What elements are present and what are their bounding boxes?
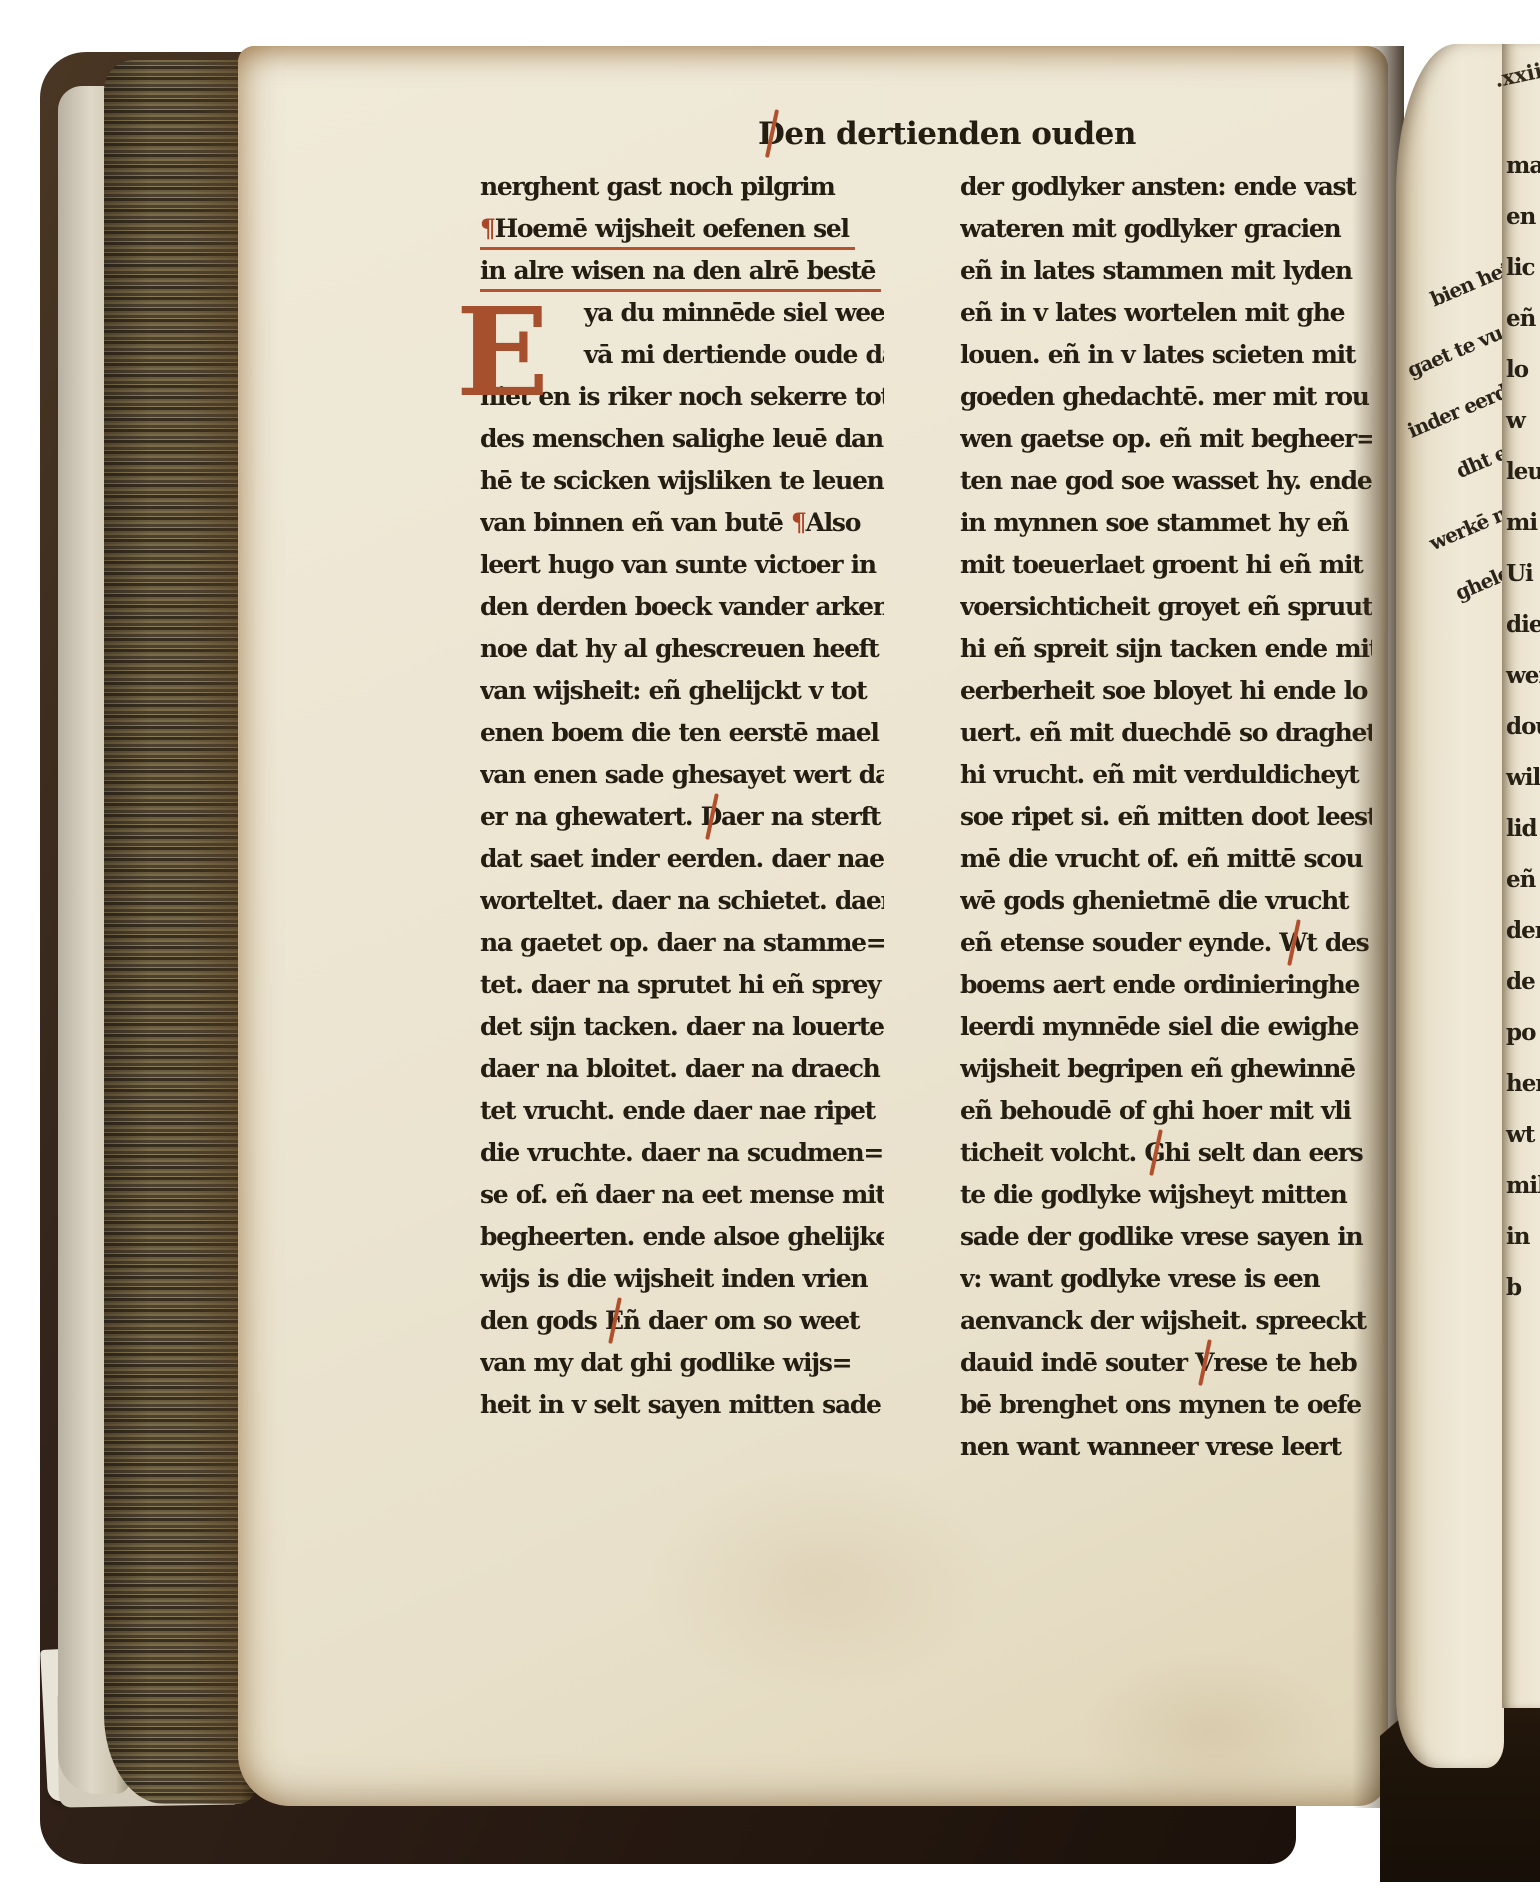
text-run: aenvanck der wijsheit. spreeckt xyxy=(960,1306,1366,1335)
text-run: eerberheit soe bloyet hi ende lo xyxy=(960,676,1367,705)
text-run: en dertienden ouden xyxy=(784,116,1136,152)
edge-line-start: ma xyxy=(1506,140,1540,191)
text-run: sade der godlike vrese sayen in xyxy=(960,1222,1362,1251)
edge-line-start: in xyxy=(1506,1211,1540,1262)
text-line: noe dat hy al ghescreuen heeft xyxy=(480,628,884,670)
facing-page-edge-strip: maenliceñlowleumiUidiewerdouwillideñdend… xyxy=(1502,44,1540,1708)
text-run: des menschen salighe leuē dan xyxy=(480,424,883,453)
text-run: er na ghewatert. xyxy=(480,802,701,831)
text-line: uert. eñ mit duechdē so draghet xyxy=(960,712,1372,754)
text-line: van my dat ghi godlike wijs= xyxy=(480,1342,884,1384)
edge-line-start: wil xyxy=(1506,752,1540,803)
text-run: den gods xyxy=(480,1306,605,1335)
text-run: hi vrucht. eñ mit verduldicheyt xyxy=(960,760,1358,789)
text-run: goeden ghedachtē. mer mit rou xyxy=(960,382,1369,411)
text-line: bē brenghet ons mynen te oefe xyxy=(960,1384,1372,1426)
page-edges-stack xyxy=(104,60,256,1804)
text-line: na gaetet op. daer na stamme= xyxy=(480,922,884,964)
text-run: daer na bloitet. daer na draech xyxy=(480,1054,880,1083)
text-run: na gaetet op. daer na stamme= xyxy=(480,928,884,957)
text-line: van enen sade ghesayet wert da xyxy=(480,754,884,796)
edge-line-start: den xyxy=(1506,905,1540,956)
text-run: hi selt dan eers xyxy=(1164,1138,1362,1167)
text-run: wē gods ghenietmē die vrucht xyxy=(960,886,1348,915)
text-run: rese te heb xyxy=(1213,1348,1356,1377)
edge-line-start: po xyxy=(1506,1007,1540,1058)
text-line: eñ behoudē of ghi hoer mit vli xyxy=(960,1090,1372,1132)
text-run: noe dat hy al ghescreuen heeft xyxy=(480,634,878,663)
text-run: mē die vrucht of. eñ mittē scou xyxy=(960,844,1362,873)
text-run: den derden boeck vander arken xyxy=(480,592,884,621)
edge-line-start: die xyxy=(1506,599,1540,650)
text-line: er na ghewatert. Daer na sterft xyxy=(480,796,884,838)
text-line: heit in v selt sayen mitten sade xyxy=(480,1384,884,1426)
text-line: ¶Hoemē wijsheit oefenen sel xyxy=(480,208,855,250)
text-run: in mynnen soe stammet hy eñ xyxy=(960,508,1348,537)
text-run: mit toeuerlaet groent hi eñ mit xyxy=(960,550,1362,579)
text-line: nen want wanneer vrese leert xyxy=(960,1426,1372,1468)
text-line: dat saet inder eerden. daer nae xyxy=(480,838,884,880)
text-run: begheerten. ende alsoe ghelijker xyxy=(480,1222,884,1251)
text-run: louen. eñ in v lates scieten mit xyxy=(960,340,1355,369)
text-line: leerdi mynnēde siel die ewighe xyxy=(960,1006,1372,1048)
text-line: wē gods ghenietmē die vrucht xyxy=(960,880,1372,922)
edge-line-start: her xyxy=(1506,1058,1540,1109)
text-line: eñ in lates stammen mit lyden xyxy=(960,250,1372,292)
edge-line-start: de xyxy=(1506,956,1540,1007)
text-run: hē te scicken wijsliken te leuen xyxy=(480,466,884,495)
lifted-facing-page: bien het hgaet te vugheninder eerden dan… xyxy=(1396,44,1504,1768)
edge-line-start: lo xyxy=(1506,344,1540,395)
text-line: boems aert ende ordinieringhe xyxy=(960,964,1372,1006)
text-line: des menschen salighe leuē dan xyxy=(480,418,884,460)
edge-line-start: leu xyxy=(1506,446,1540,497)
text-line: daer na bloitet. daer na draech xyxy=(480,1048,884,1090)
rubricated-run: D xyxy=(701,796,721,838)
text-run: die vruchte. daer na scudmen= xyxy=(480,1138,883,1167)
text-run: tet. daer na sprutet hi eñ sprey xyxy=(480,970,880,999)
text-line: tet vrucht. ende daer nae ripet xyxy=(480,1090,884,1132)
text-line: van wijsheit: eñ ghelijckt v tot xyxy=(480,670,884,712)
text-run: eñ behoudē of ghi hoer mit vli xyxy=(960,1096,1351,1125)
text-run: ticheit volcht. xyxy=(960,1138,1144,1167)
rubricated-run: E xyxy=(605,1300,623,1342)
drop-cap-initial: E xyxy=(456,300,549,404)
text-run: soe ripet si. eñ mitten doot leest xyxy=(960,802,1372,831)
text-line: enen boem die ten eerstē mael xyxy=(480,712,884,754)
rubricated-run: G xyxy=(1144,1132,1164,1174)
text-run: worteltet. daer na schietet. daer xyxy=(480,886,884,915)
text-run: dauid indē souter xyxy=(960,1348,1195,1377)
text-run: van wijsheit: eñ ghelijckt v tot xyxy=(480,676,866,705)
text-line: goeden ghedachtē. mer mit rou xyxy=(960,376,1372,418)
text-line: tet. daer na sprutet hi eñ sprey xyxy=(480,964,884,1006)
text-line: ten nae god soe wasset hy. ende xyxy=(960,460,1372,502)
text-line: begheerten. ende alsoe ghelijker xyxy=(480,1216,884,1258)
text-line: te die godlyke wijsheyt mitten xyxy=(960,1174,1372,1216)
text-line: soe ripet si. eñ mitten doot leest xyxy=(960,796,1372,838)
text-line: wen gaetse op. eñ mit begheer= xyxy=(960,418,1372,460)
facing-page-line-starts: maenliceñlowleumiUidiewerdouwillideñdend… xyxy=(1502,140,1540,1313)
text-line: worteltet. daer na schietet. daer xyxy=(480,880,884,922)
text-line: die vruchte. daer na scudmen= xyxy=(480,1132,884,1174)
edge-line-start: wt xyxy=(1506,1109,1540,1160)
text-run: van enen sade ghesayet wert da xyxy=(480,760,884,789)
text-run: enen boem die ten eerstē mael xyxy=(480,718,879,747)
text-run: ñ daer om so weet xyxy=(623,1306,859,1335)
rubricated-run: V xyxy=(1195,1342,1213,1384)
text-run: wijsheit begripen eñ ghewinnē xyxy=(960,1054,1355,1083)
text-run: eñ in v lates wortelen mit ghe xyxy=(960,298,1344,327)
text-line: voersichticheit groyet eñ spruut xyxy=(960,586,1372,628)
text-line: in mynnen soe stammet hy eñ xyxy=(960,502,1372,544)
text-line: van binnen eñ van butē ¶Also xyxy=(480,502,884,544)
text-line: louen. eñ in v lates scieten mit xyxy=(960,334,1372,376)
text-line: wateren mit godlyker gracien xyxy=(960,208,1372,250)
text-run: vā mi dertiende oude dat xyxy=(584,340,884,369)
text-line: se of. eñ daer na eet mense mit xyxy=(480,1174,884,1216)
text-run: leert hugo van sunte victoer in xyxy=(480,550,876,579)
rubricated-run: ¶ xyxy=(480,214,495,243)
text-line: der godlyker ansten: ende vast xyxy=(960,166,1372,208)
text-line: v: want godlyke vrese is een xyxy=(960,1258,1372,1300)
text-run: van binnen eñ van butē xyxy=(480,508,791,537)
paper-stain xyxy=(640,1460,1000,1700)
edge-line-start: lid xyxy=(1506,803,1540,854)
text-line: eñ in v lates wortelen mit ghe xyxy=(960,292,1372,334)
text-run: voersichticheit groyet eñ spruut xyxy=(960,592,1372,621)
right-text-column: der godlyker ansten: ende vastwateren mi… xyxy=(960,166,1372,1468)
text-run: nen want wanneer vrese leert xyxy=(960,1432,1341,1461)
facing-page-slanted-text: bien het hgaet te vugheninder eerden dan… xyxy=(1396,234,1504,1446)
text-run: dat saet inder eerden. daer nae xyxy=(480,844,884,873)
rubricated-run: D xyxy=(758,112,784,156)
edge-line-start: mil xyxy=(1506,1160,1540,1211)
text-run: nerghent gast noch pilgrim xyxy=(480,172,834,201)
text-line: aenvanck der wijsheit. spreeckt xyxy=(960,1300,1372,1342)
text-run: ya du minnēde siel weet xyxy=(584,298,884,327)
text-run: tet vrucht. ende daer nae ripet xyxy=(480,1096,875,1125)
text-line: wijsheit begripen eñ ghewinnē xyxy=(960,1048,1372,1090)
text-run: v: want godlyke vrese is een xyxy=(960,1264,1319,1293)
text-run: ten nae god soe wasset hy. ende xyxy=(960,466,1371,495)
text-run: wateren mit godlyker gracien xyxy=(960,214,1340,243)
text-line: sade der godlike vrese sayen in xyxy=(960,1216,1372,1258)
text-run: eñ in lates stammen mit lyden xyxy=(960,256,1352,285)
text-run: bē brenghet ons mynen te oefe xyxy=(960,1390,1361,1419)
edge-line-start: lic xyxy=(1506,242,1540,293)
text-line: den derden boeck vander arken xyxy=(480,586,884,628)
text-run: boems aert ende ordinieringhe xyxy=(960,970,1359,999)
text-line: ticheit volcht. Ghi selt dan eers xyxy=(960,1132,1372,1174)
edge-line-start: Ui xyxy=(1506,548,1540,599)
text-run: hi eñ spreit sijn tacken ende mit xyxy=(960,634,1372,663)
text-line: leert hugo van sunte victoer in xyxy=(480,544,884,586)
text-run: det sijn tacken. daer na louertet xyxy=(480,1012,884,1041)
text-line: hi eñ spreit sijn tacken ende mit xyxy=(960,628,1372,670)
text-line: wijs is die wijsheit inden vrien xyxy=(480,1258,884,1300)
text-line: nerghent gast noch pilgrim xyxy=(480,166,884,208)
edge-line-start: eñ xyxy=(1506,293,1540,344)
text-line: eerberheit soe bloyet hi ende lo xyxy=(960,670,1372,712)
text-run: wijs is die wijsheit inden vrien xyxy=(480,1264,867,1293)
book-photo: Den dertienden ouden E nerghent gast noc… xyxy=(0,0,1540,1890)
text-run: der godlyker ansten: ende vast xyxy=(960,172,1356,201)
text-run: van my dat ghi godlike wijs= xyxy=(480,1348,851,1377)
text-run: uert. eñ mit duechdē so draghet xyxy=(960,718,1372,747)
text-line: ya du minnēde siel weet xyxy=(584,292,884,334)
text-run: te die godlyke wijsheyt mitten xyxy=(960,1180,1346,1209)
text-run: heit in v selt sayen mitten sade xyxy=(480,1390,881,1419)
text-line: den gods Eñ daer om so weet xyxy=(480,1300,884,1342)
text-line: eñ etense souder eynde. Wt des xyxy=(960,922,1372,964)
text-line: mē die vrucht of. eñ mittē scou xyxy=(960,838,1372,880)
rubricated-run: ¶ xyxy=(791,508,806,537)
running-header: Den dertienden ouden xyxy=(758,112,1136,156)
text-line: vā mi dertiende oude dat xyxy=(584,334,884,376)
edge-line-start: dou xyxy=(1506,701,1540,752)
text-run: leerdi mynnēde siel die ewighe xyxy=(960,1012,1358,1041)
paper-stain xyxy=(1080,1650,1340,1810)
text-run: Hoemē wijsheit oefenen sel xyxy=(495,214,849,243)
edge-line-start: en xyxy=(1506,191,1540,242)
edge-line-start: w xyxy=(1506,395,1540,446)
text-run: wen gaetse op. eñ mit begheer= xyxy=(960,424,1372,453)
text-run: aer na sterft xyxy=(721,802,880,831)
text-run: eñ etense souder eynde. xyxy=(960,928,1279,957)
text-line: det sijn tacken. daer na louertet xyxy=(480,1006,884,1048)
text-line: hi vrucht. eñ mit verduldicheyt xyxy=(960,754,1372,796)
text-run: se of. eñ daer na eet mense mit xyxy=(480,1180,884,1209)
edge-line-start: eñ xyxy=(1506,854,1540,905)
edge-line-start: b xyxy=(1506,1262,1540,1313)
text-line: hē te scicken wijsliken te leuen xyxy=(480,460,884,502)
text-run: Also xyxy=(806,508,860,537)
edge-line-start: mi xyxy=(1506,497,1540,548)
text-line: mit toeuerlaet groent hi eñ mit xyxy=(960,544,1372,586)
edge-line-start: wer xyxy=(1506,650,1540,701)
rubricated-run: W xyxy=(1279,922,1306,964)
text-line: dauid indē souter Vrese te heb xyxy=(960,1342,1372,1384)
